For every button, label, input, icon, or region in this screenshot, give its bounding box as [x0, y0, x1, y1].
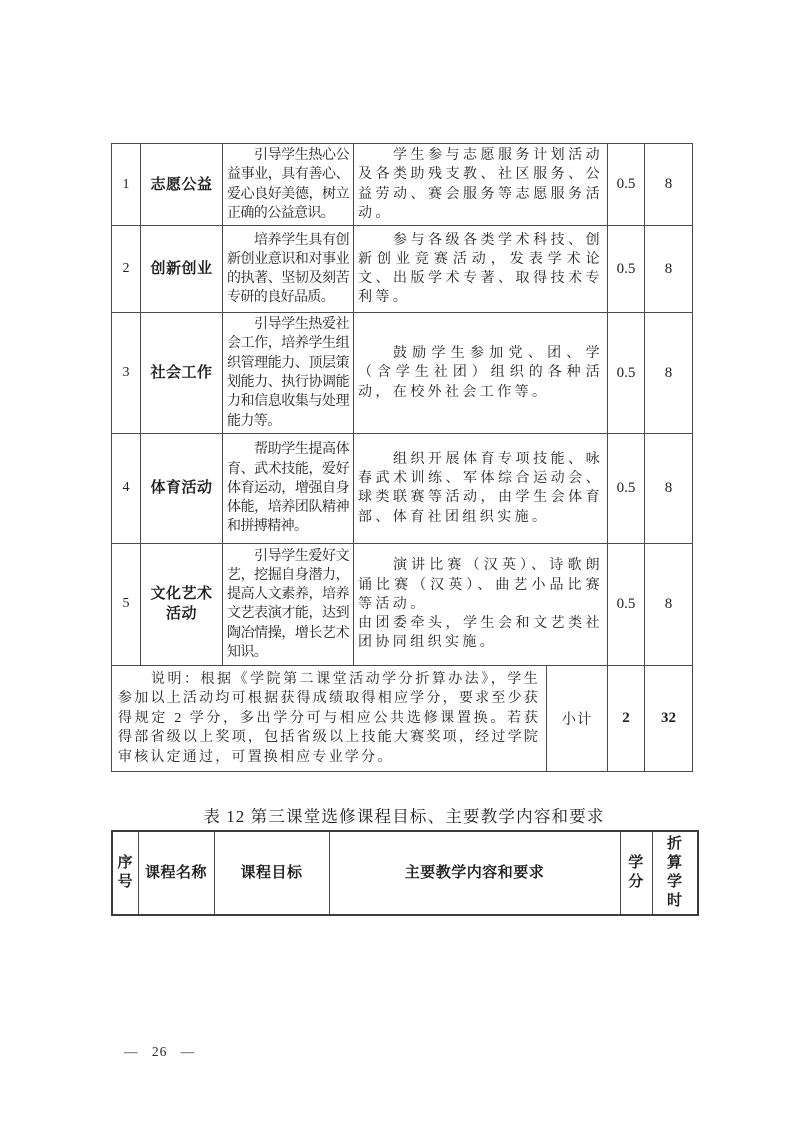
hours-cell: 8 [645, 433, 693, 543]
teaching-content-text: 组织开展体育专项技能、咏春武术训练、军体综合运动会、球类联赛等活动，由学生会体育… [358, 450, 603, 527]
course-goal-cell: 培养学生具有创新创业意识和对事业的执著、坚韧及刻苦专研的良好品质。 [223, 226, 354, 313]
activity-name: 体育活动 [141, 433, 223, 543]
hours-cell: 8 [645, 313, 693, 434]
hours-cell: 8 [645, 144, 693, 226]
row-number: 5 [112, 543, 141, 665]
course-goal-text: 培养学生具有创新创业意识和对事业的执著、坚韧及刻苦专研的良好品质。 [227, 231, 349, 308]
teaching-content-cell: 鼓励学生参加党、团、学（含学生社团）组织的各种活动，在校外社会工作等。 [354, 313, 608, 434]
activity-name: 志愿公益 [141, 144, 223, 226]
course-goal-text: 引导学生热爱社会工作，培养学生组织管理能力、顶层策划能力、执行协调能力和信息收集… [227, 315, 349, 431]
course-goal-text: 引导学生爱好文艺，挖掘自身潜力，提高人文素养，培养文艺表演才能，达到陶冶情操，增… [227, 547, 349, 663]
course-goal-cell: 帮助学生提高体育、武术技能，爱好体育运动，增强自身体能，培养团队精神和拼搏精神。 [223, 433, 354, 543]
credit-cell: 0.5 [608, 433, 645, 543]
table-row: 3 社会工作 引导学生热爱社会工作，培养学生组织管理能力、顶层策划能力、执行协调… [112, 313, 693, 434]
course-goal-text: 帮助学生提高体育、武术技能，爱好体育运动，增强自身体能，培养团队精神和拼搏精神。 [227, 440, 349, 536]
header-row: 序 号 课程名称 课程目标 主要教学内容和要求 学 分 折 算 学 时 [112, 831, 698, 915]
note-text: 说明：根据《学院第二课堂活动学分折算办法》，学生参加以上活动均可根据获得成绩取得… [118, 670, 540, 767]
subtotal-hours: 32 [645, 665, 693, 771]
activity-name: 文化艺术 活动 [141, 543, 223, 665]
row-number: 3 [112, 313, 141, 434]
teaching-content-cell: 参与各级各类学术科技、创新创业竞赛活动，发表学术论文、出版学术专著、取得技术专利… [354, 226, 608, 313]
header-course-goal: 课程目标 [214, 831, 329, 915]
header-converted-hours: 折 算 学 时 [652, 831, 698, 915]
table-row: 说明：根据《学院第二课堂活动学分折算办法》，学生参加以上活动均可根据获得成绩取得… [112, 665, 693, 771]
teaching-content-text: 学生参与志愿服务计划活动及各类助残支教、社区服务、公益劳动、赛会服务等志愿服务活… [358, 146, 603, 223]
course-goal-cell: 引导学生爱好文艺，挖掘自身潜力，提高人文素养，培养文艺表演才能，达到陶冶情操，增… [223, 543, 354, 665]
table-row: 1 志愿公益 引导学生热心公益事业，具有善心、爱心良好美德，树立正确的公益意识。… [112, 144, 693, 226]
header-no: 序 号 [112, 831, 138, 915]
activity-name: 创新创业 [141, 226, 223, 313]
row-number: 1 [112, 144, 141, 226]
second-classroom-table-block: 1 志愿公益 引导学生热心公益事业，具有善心、爱心良好美德，树立正确的公益意识。… [111, 143, 692, 772]
row-number: 4 [112, 433, 141, 543]
teaching-content-cell: 学生参与志愿服务计划活动及各类助残支教、社区服务、公益劳动、赛会服务等志愿服务活… [354, 144, 608, 226]
activity-name: 社会工作 [141, 313, 223, 434]
row-number: 2 [112, 226, 141, 313]
teaching-content-text: 参与各级各类学术科技、创新创业竞赛活动，发表学术论文、出版学术专著、取得技术专利… [358, 231, 603, 308]
header-teaching-content: 主要教学内容和要求 [329, 831, 620, 915]
credit-cell: 0.5 [608, 226, 645, 313]
course-goal-text: 引导学生热心公益事业，具有善心、爱心良好美德，树立正确的公益意识。 [227, 146, 349, 223]
document-page: 1 志愿公益 引导学生热心公益事业，具有善心、爱心良好美德，树立正确的公益意识。… [0, 0, 793, 1122]
subtotal-credit: 2 [608, 665, 645, 771]
credit-cell: 0.5 [608, 313, 645, 434]
course-goal-cell: 引导学生热爱社会工作，培养学生组织管理能力、顶层策划能力、执行协调能力和信息收集… [223, 313, 354, 434]
teaching-content-cell: 演讲比赛（汉英）、诗歌朗诵比赛（汉英）、曲艺小品比赛等活动。 由团委牵头，学生会… [354, 543, 608, 665]
table12-title: 表 12 第三课堂选修课程目标、主要教学内容和要求 [111, 803, 697, 827]
credit-cell: 0.5 [608, 144, 645, 226]
subtotal-label: 小计 [547, 665, 608, 771]
table-row: 4 体育活动 帮助学生提高体育、武术技能，爱好体育运动，增强自身体能，培养团队精… [112, 433, 693, 543]
hours-cell: 8 [645, 543, 693, 665]
table12-header-table: 序 号 课程名称 课程目标 主要教学内容和要求 学 分 折 算 学 时 [111, 830, 699, 916]
teaching-content-cell: 组织开展体育专项技能、咏春武术训练、军体综合运动会、球类联赛等活动，由学生会体育… [354, 433, 608, 543]
table-row: 5 文化艺术 活动 引导学生爱好文艺，挖掘自身潜力，提高人文素养，培养文艺表演才… [112, 543, 693, 665]
header-course-name: 课程名称 [138, 831, 214, 915]
course-goal-cell: 引导学生热心公益事业，具有善心、爱心良好美德，树立正确的公益意识。 [223, 144, 354, 226]
table-row: 2 创新创业 培养学生具有创新创业意识和对事业的执著、坚韧及刻苦专研的良好品质。… [112, 226, 693, 313]
hours-cell: 8 [645, 226, 693, 313]
credit-cell: 0.5 [608, 543, 645, 665]
header-credit: 学 分 [620, 831, 652, 915]
note-cell: 说明：根据《学院第二课堂活动学分折算办法》，学生参加以上活动均可根据获得成绩取得… [112, 665, 547, 771]
page-number: — 26 — [124, 1044, 195, 1060]
note-subtotal-row: 说明：根据《学院第二课堂活动学分折算办法》，学生参加以上活动均可根据获得成绩取得… [111, 665, 693, 772]
teaching-content-text: 演讲比赛（汉英）、诗歌朗诵比赛（汉英）、曲艺小品比赛等活动。 由团委牵头，学生会… [358, 556, 603, 652]
activities-table: 1 志愿公益 引导学生热心公益事业，具有善心、爱心良好美德，树立正确的公益意识。… [111, 143, 693, 666]
teaching-content-text: 鼓励学生参加党、团、学（含学生社团）组织的各种活动，在校外社会工作等。 [358, 344, 603, 402]
